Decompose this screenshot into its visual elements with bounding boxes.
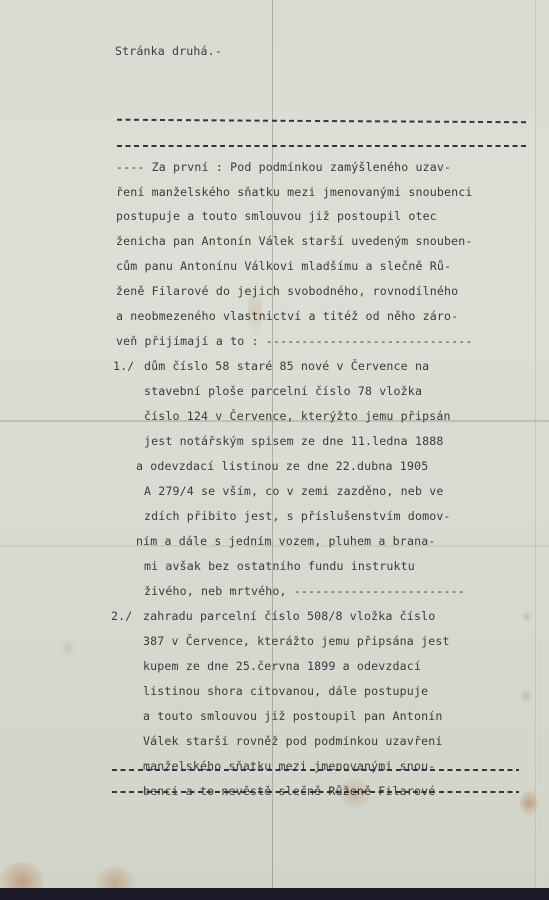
list-item-line: zdích přibito jest, s příslušenstvím dom… <box>144 509 451 523</box>
paragraph-line: ---- Za první : Pod podmínkou zamýšlenéh… <box>116 160 451 174</box>
list-item-line: ním a dále s jedním vozem, pluhem a bran… <box>136 534 435 548</box>
list-item-number: 1./ <box>113 359 134 373</box>
paragraph-line: ženě Filarové do jejich svobodného, rovn… <box>116 284 458 298</box>
list-item-line: a touto smlouvou již postoupil pan Anton… <box>143 709 442 723</box>
separator-dashes <box>112 769 519 771</box>
paragraph-line: ženicha pan Antonín Válek starší uvedený… <box>116 234 473 248</box>
typewritten-text: Stránka druhá.- ---- Za první : Pod podm… <box>0 0 549 888</box>
paragraph-line: postupuje a touto smlouvou již postoupil… <box>116 209 437 223</box>
list-item-line: a odevzdací listinou ze dne 22.dubna 190… <box>136 459 428 473</box>
list-item-line: listinou shora citovanou, dále postupuje <box>143 684 428 698</box>
paragraph-line: veň přijímají a to : -------------------… <box>116 334 473 348</box>
list-item-line: kupem ze dne 25.června 1899 a odevzdací <box>143 659 421 673</box>
list-item-number: 2./ <box>111 609 132 623</box>
list-item-line: mi avšak bez ostatního fundu instruktu <box>144 559 415 573</box>
list-item-line: živého, neb mrtvého, -------------------… <box>144 584 465 598</box>
separator-dashes <box>117 145 529 147</box>
list-item-line: dům číslo 58 staré 85 nové v Července na <box>144 359 429 373</box>
list-item-line: stavební ploše parcelní číslo 78 vložka <box>144 384 422 398</box>
list-item-line: zahradu parcelní číslo 508/8 vložka čísl… <box>143 609 435 623</box>
list-item-line: číslo 124 v Července, kterýžto jemu přip… <box>144 409 451 423</box>
paragraph-line: a neobmezeného vlastnictví a titéž od ně… <box>116 309 458 323</box>
paragraph-line: cům panu Antonínu Válkovi mladšímu a sle… <box>116 259 451 273</box>
list-item-line: jest notářským spisem ze dne 11.ledna 18… <box>144 434 443 448</box>
list-item-line: Válek starší rovněž pod podmínkou uzavře… <box>143 734 442 748</box>
separator-dashes <box>112 791 519 793</box>
page-heading: Stránka druhá.- <box>115 44 222 58</box>
paragraph-line: ření manželského sňatku mezi jmenovanými… <box>116 185 473 199</box>
separator-dashes <box>117 119 529 124</box>
list-item-line: A 279/4 se vším, co v zemi zazděno, neb … <box>144 484 443 498</box>
list-item-line: 387 v Července, kterážto jemu připsána j… <box>143 634 450 648</box>
document-page: Stránka druhá.- ---- Za první : Pod podm… <box>0 0 549 888</box>
